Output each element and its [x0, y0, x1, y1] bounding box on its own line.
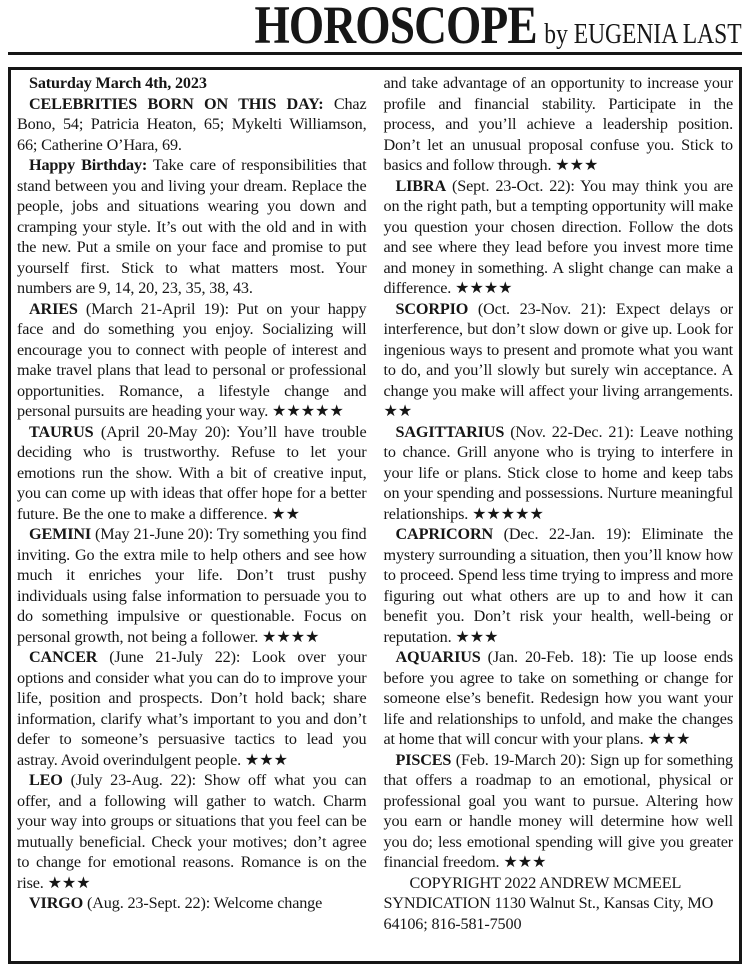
date-text: Saturday March 4th, 2023	[29, 74, 207, 92]
scorpio-sign-name: SCORPIO	[396, 300, 469, 318]
left-column: Saturday March 4th, 2023 CELEBRITIES BOR…	[17, 73, 367, 958]
newspaper-page: { "header": { "title": "HOROSCOPE", "byl…	[0, 0, 750, 976]
right-column: and take advantage of an opportunity to …	[384, 73, 734, 958]
virgo-continuation-paragraph: and take advantage of an opportunity to …	[384, 73, 734, 176]
leo-sign-name: LEO	[29, 771, 63, 789]
taurus-paragraph: TAURUS (April 20-May 20): You’ll have tr…	[17, 422, 367, 525]
libra-paragraph: LIBRA (Sept. 23-Oct. 22): You may think …	[384, 176, 734, 299]
gemini-paragraph: GEMINI (May 21-June 20): Try something y…	[17, 524, 367, 647]
aquarius-sign-name: AQUARIUS	[396, 648, 481, 666]
cancer-sign-name: CANCER	[29, 648, 97, 666]
taurus-sign-name: TAURUS	[29, 423, 93, 441]
scorpio-paragraph: SCORPIO (Oct. 23-Nov. 21): Expect delays…	[384, 299, 734, 422]
celebrities-paragraph: CELEBRITIES BORN ON THIS DAY: Chaz Bono,…	[17, 94, 367, 156]
capricorn-sign-name: CAPRICORN	[396, 525, 494, 543]
horoscope-box: Saturday March 4th, 2023 CELEBRITIES BOR…	[8, 67, 742, 964]
capricorn-paragraph: CAPRICORN (Dec. 22-Jan. 19): Eliminate t…	[384, 524, 734, 647]
copyright-paragraph: COPYRIGHT 2022 ANDREW MCMEEL SYNDICATION…	[384, 873, 734, 935]
page-title: HOROSCOPE	[254, 0, 536, 50]
date-line: Saturday March 4th, 2023	[17, 73, 367, 94]
happy-birthday-heading: Happy Birthday:	[29, 156, 147, 174]
gemini-sign-name: GEMINI	[29, 525, 91, 543]
cancer-paragraph: CANCER (June 21-July 22): Look over your…	[17, 647, 367, 770]
sagittarius-sign-name: SAGITTARIUS	[396, 423, 505, 441]
aquarius-paragraph: AQUARIUS (Jan. 20-Feb. 18): Tie up loose…	[384, 647, 734, 750]
virgo-sign-name: VIRGO	[29, 894, 83, 912]
pisces-paragraph: PISCES (Feb. 19-March 20): Sign up for s…	[384, 750, 734, 873]
leo-paragraph: LEO (July 23-Aug. 22): Show off what you…	[17, 770, 367, 893]
aries-sign-name: ARIES	[29, 300, 78, 318]
libra-sign-name: LIBRA	[396, 177, 447, 195]
sagittarius-paragraph: SAGITTARIUS (Nov. 22-Dec. 21): Leave not…	[384, 422, 734, 525]
byline: by EUGENIA LAST	[544, 10, 741, 60]
celebrities-heading: CELEBRITIES BORN ON THIS DAY:	[29, 95, 323, 113]
aries-paragraph: ARIES (March 21-April 19): Put on your h…	[17, 299, 367, 422]
masthead: HOROSCOPE by EUGENIA LAST	[120, 0, 750, 50]
pisces-sign-name: PISCES	[396, 751, 452, 769]
virgo-paragraph: VIRGO (Aug. 23-Sept. 22): Welcome change	[17, 893, 367, 914]
happy-birthday-paragraph: Happy Birthday: Take care of responsibil…	[17, 155, 367, 299]
